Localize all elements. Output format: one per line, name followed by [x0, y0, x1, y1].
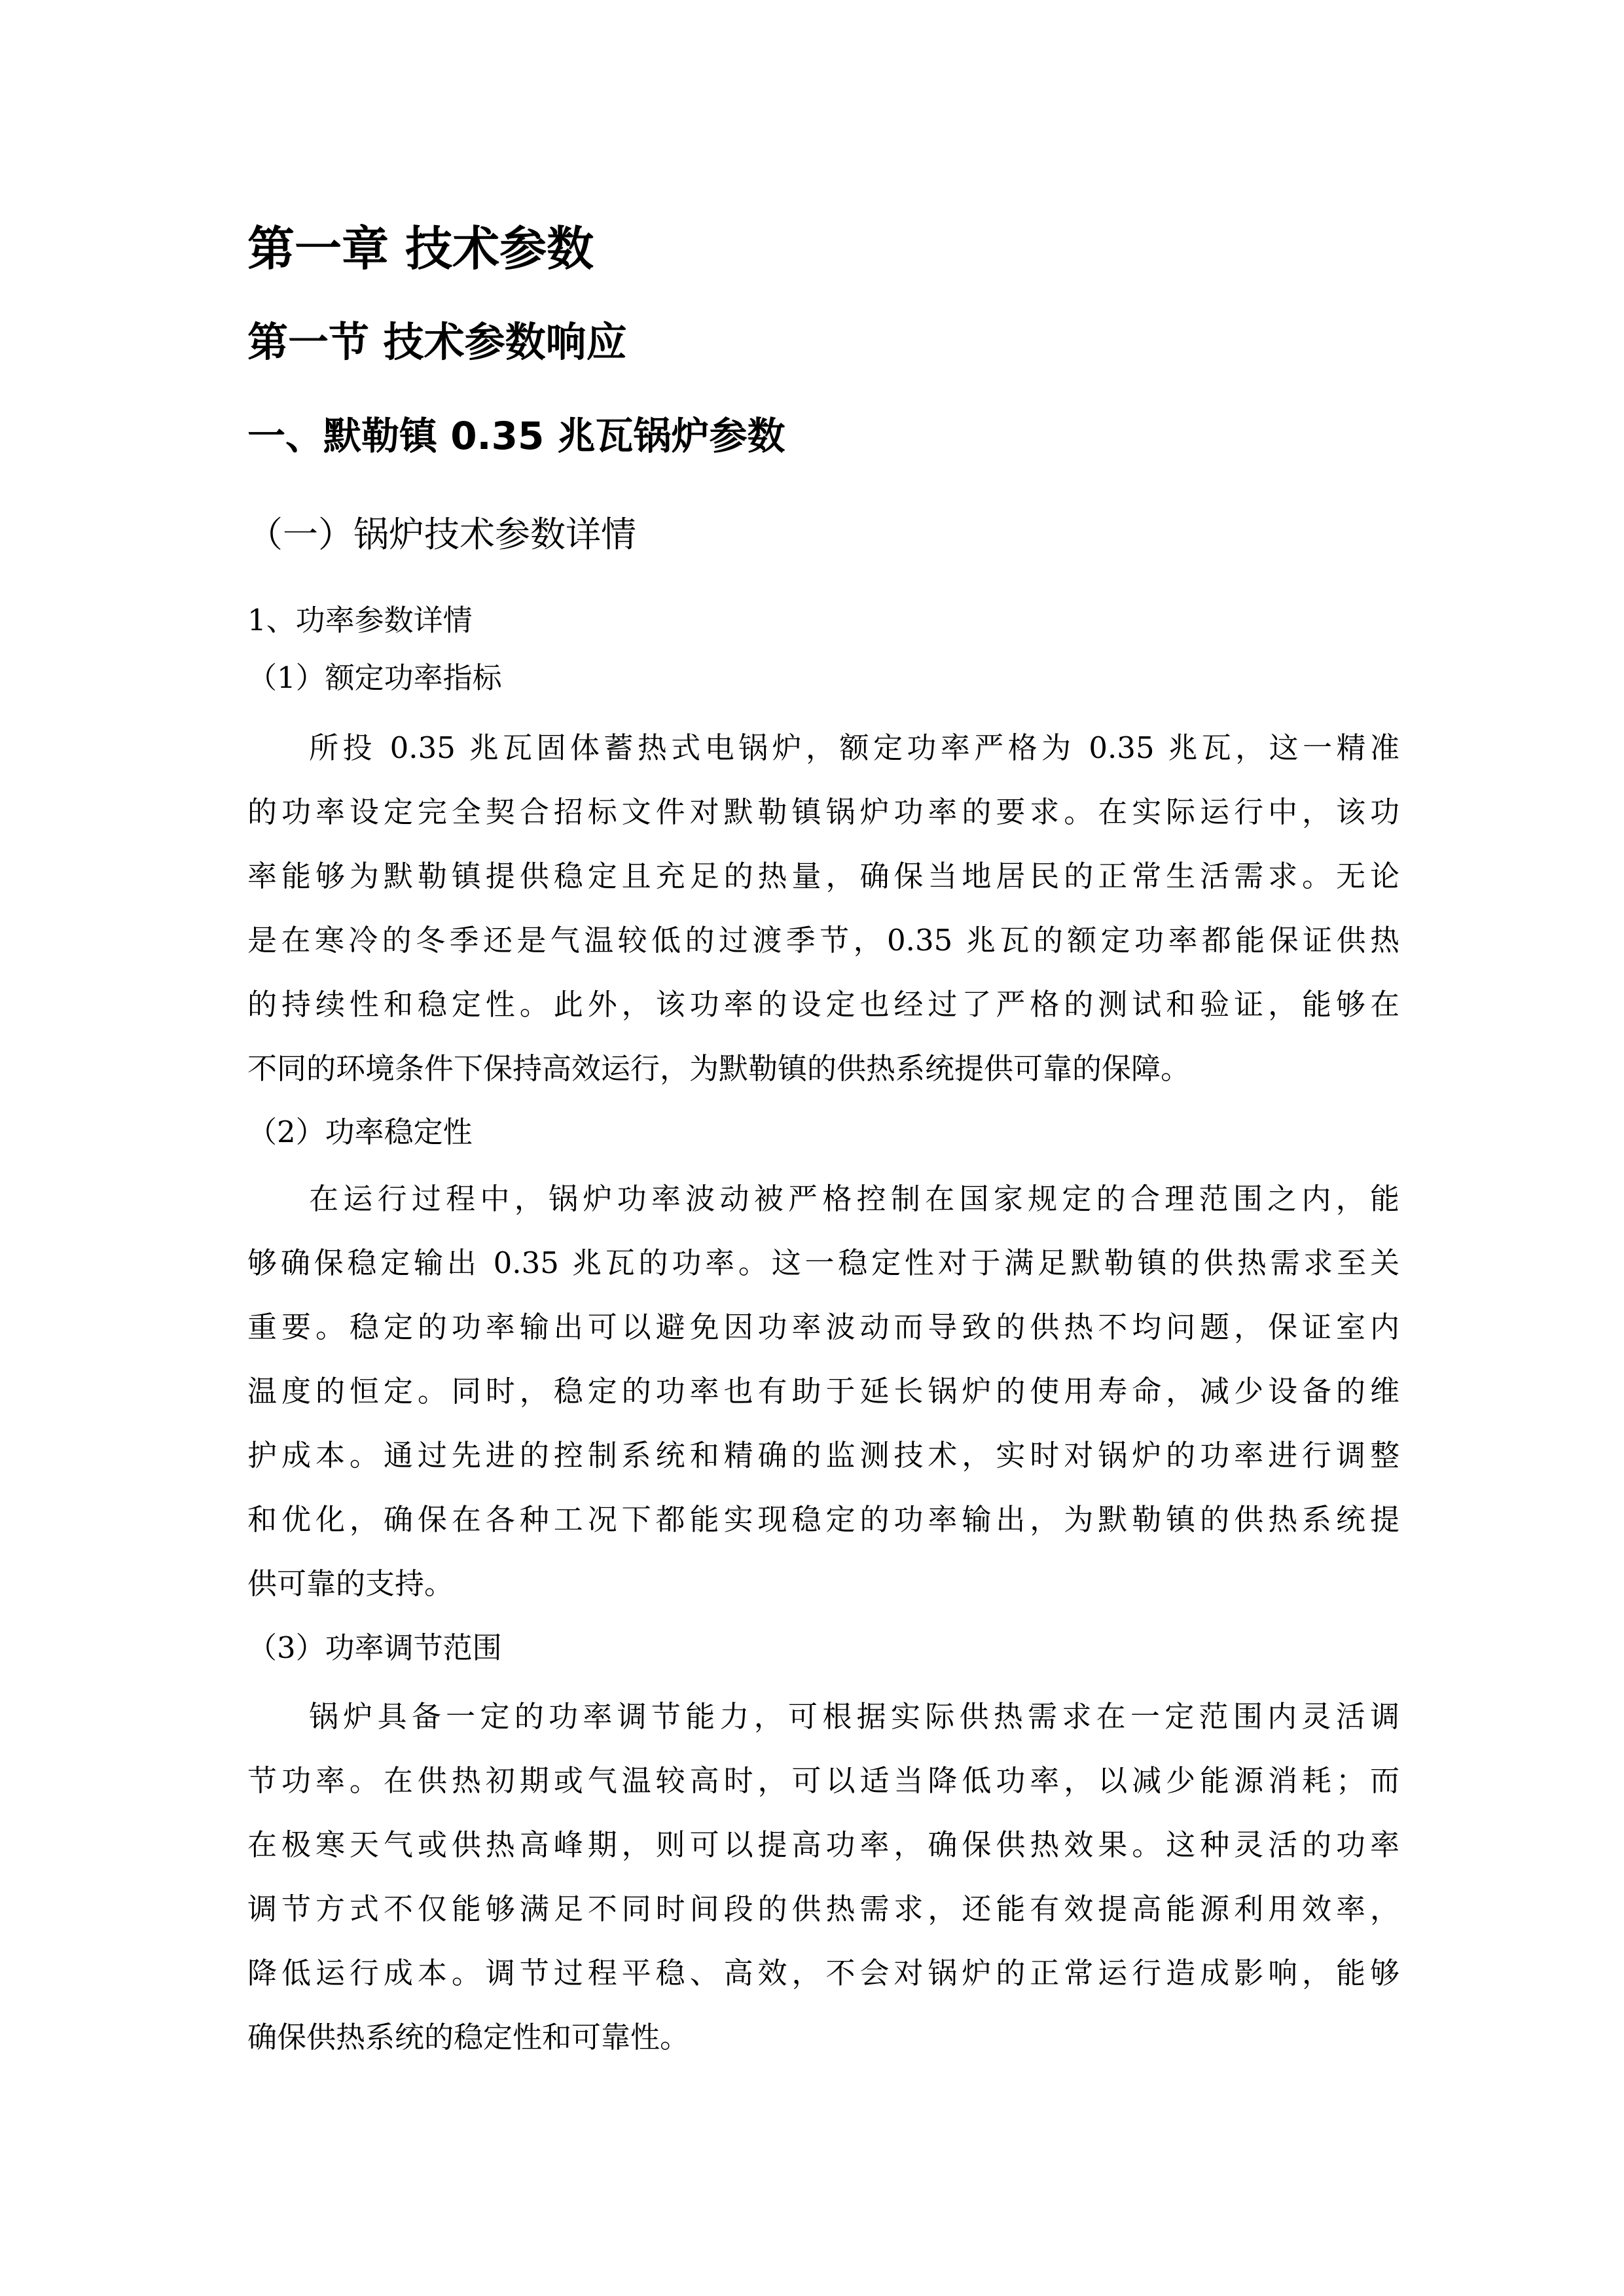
body-line: 的持续性和稳定性。此外，该功率的设定也经过了严格的测试和验证，能够在 — [247, 985, 1399, 1024]
body-line: 护成本。通过先进的控制系统和精确的监测技术，实时对锅炉的功率进行调整 — [247, 1436, 1399, 1475]
body-line: 率能够为默勒镇提供稳定且充足的热量，确保当地居民的正常生活需求。无论 — [247, 857, 1399, 896]
body-line: 重要。稳定的功率输出可以避免因功率波动而导致的供热不均问题，保证室内 — [247, 1308, 1399, 1347]
paragraph-heading: （1）额定功率指标 — [247, 658, 502, 698]
body-line: 的功率设定完全契合招标文件对默勒镇锅炉功率的要求。在实际运行中，该功 — [247, 793, 1399, 832]
body-line: 够确保稳定输出 0.35 兆瓦的功率。这一稳定性对于满足默勒镇的供热需求至关 — [247, 1244, 1399, 1283]
paragraph-heading: （2）功率稳定性 — [247, 1113, 473, 1152]
body-line: 所投 0.35 兆瓦固体蓄热式电锅炉，额定功率严格为 0.35 兆瓦，这一精准 — [309, 728, 1399, 768]
body-line: 温度的恒定。同时，稳定的功率也有助于延长锅炉的使用寿命，减少设备的维 — [247, 1372, 1399, 1411]
item-title: 1、功率参数详情 — [247, 601, 473, 640]
subsection-title: 一、默勒镇 0.35 兆瓦锅炉参数 — [247, 411, 785, 461]
body-line: 不同的环境条件下保持高效运行，为默勒镇的供热系统提供可靠的保障。 — [247, 1049, 1399, 1088]
sub-subsection-title: （一）锅炉技术参数详情 — [247, 512, 636, 558]
body-line: 节功率。在供热初期或气温较高时，可以适当降低功率，以减少能源消耗；而 — [247, 1761, 1399, 1801]
body-line: 在极寒天气或供热高峰期，则可以提高功率，确保供热效果。这种灵活的功率 — [247, 1825, 1399, 1865]
body-line: 和优化，确保在各种工况下都能实现稳定的功率输出，为默勒镇的供热系统提 — [247, 1500, 1399, 1539]
body-line: 供可靠的支持。 — [247, 1564, 1399, 1604]
body-line: 在运行过程中，锅炉功率波动被严格控制在国家规定的合理范围之内，能 — [309, 1179, 1399, 1219]
body-line: 是在寒冷的冬季还是气温较低的过渡季节，0.35 兆瓦的额定功率都能保证供热 — [247, 921, 1399, 960]
section-title: 第一节 技术参数响应 — [247, 316, 627, 368]
paragraph-heading: （3）功率调节范围 — [247, 1628, 502, 1668]
body-line: 调节方式不仅能够满足不同时间段的供热需求，还能有效提高能源利用效率， — [247, 1890, 1399, 1929]
body-line: 确保供热系统的稳定性和可靠性。 — [247, 2018, 1399, 2057]
document-page: 第一章 技术参数 第一节 技术参数响应 一、默勒镇 0.35 兆瓦锅炉参数 （一… — [0, 0, 1624, 2296]
chapter-title: 第一章 技术参数 — [247, 219, 594, 278]
body-line: 锅炉具备一定的功率调节能力，可根据实际供热需求在一定范围内灵活调 — [309, 1697, 1399, 1736]
body-line: 降低运行成本。调节过程平稳、高效，不会对锅炉的正常运行造成影响，能够 — [247, 1954, 1399, 1993]
